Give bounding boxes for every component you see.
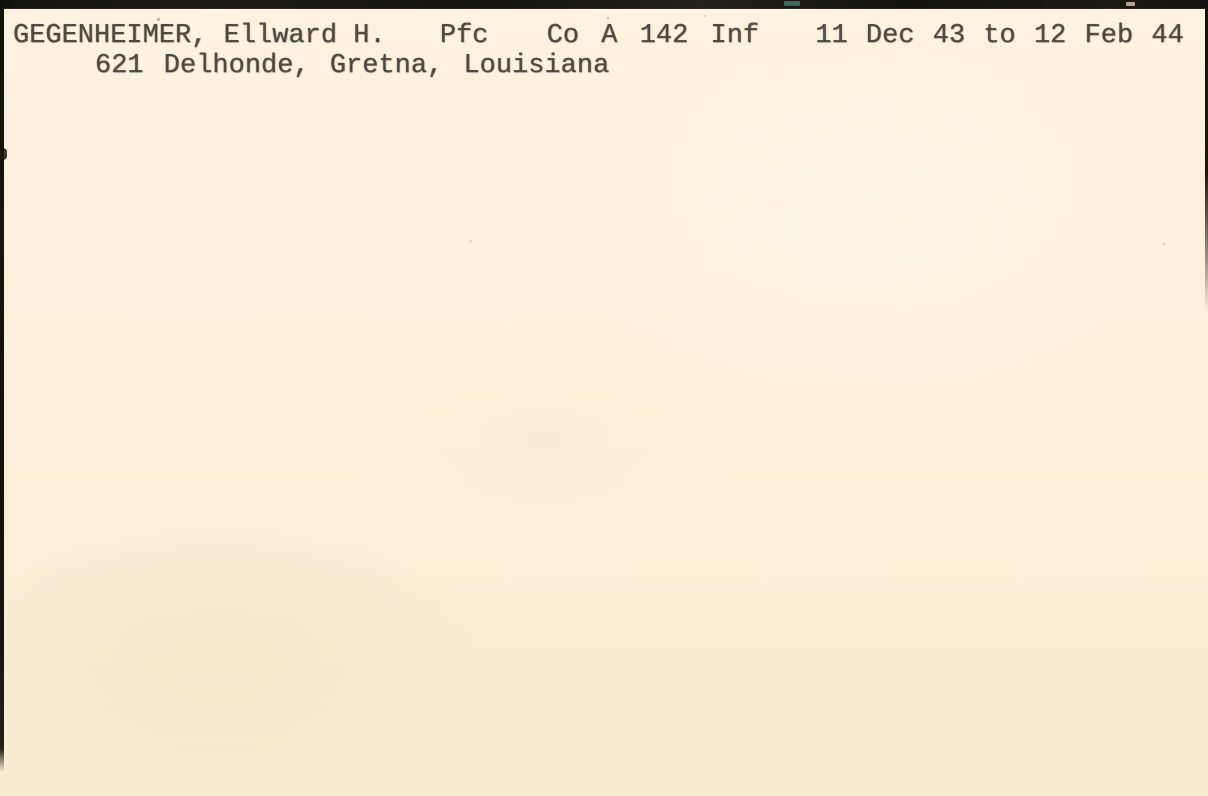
soldier-address: 621 Delhonde, Gretna, Louisiana	[95, 51, 609, 81]
teal-scan-mark	[784, 1, 800, 6]
typed-text-block: GEGENHEIMER, Ellward H. Pfc Co A 142 Inf…	[13, 21, 1184, 81]
paper-speck	[704, 15, 706, 17]
soldier-unit: Co A 142 Inf	[547, 21, 759, 51]
soldier-name: GEGENHEIMER, Ellward H.	[13, 21, 386, 51]
soldier-rank: Pfc	[440, 21, 489, 51]
scan-edge-left-notch	[0, 148, 7, 160]
paper-speck	[1163, 243, 1165, 245]
paper-speck	[470, 240, 472, 242]
paper-speck	[157, 18, 160, 21]
paper-speck	[607, 17, 609, 19]
scan-edge-top	[0, 0, 1208, 9]
scanned-index-card: GEGENHEIMER, Ellward H. Pfc Co A 142 Inf…	[0, 0, 1208, 796]
card-line-service-record: GEGENHEIMER, Ellward H. Pfc Co A 142 Inf…	[13, 21, 1184, 51]
scan-edge-gap-speck	[1126, 2, 1135, 6]
card-line-address: 621 Delhonde, Gretna, Louisiana	[95, 51, 1184, 81]
scan-edge-left	[0, 0, 4, 772]
service-period: 11 Dec 43 to 12 Feb 44	[815, 21, 1183, 51]
